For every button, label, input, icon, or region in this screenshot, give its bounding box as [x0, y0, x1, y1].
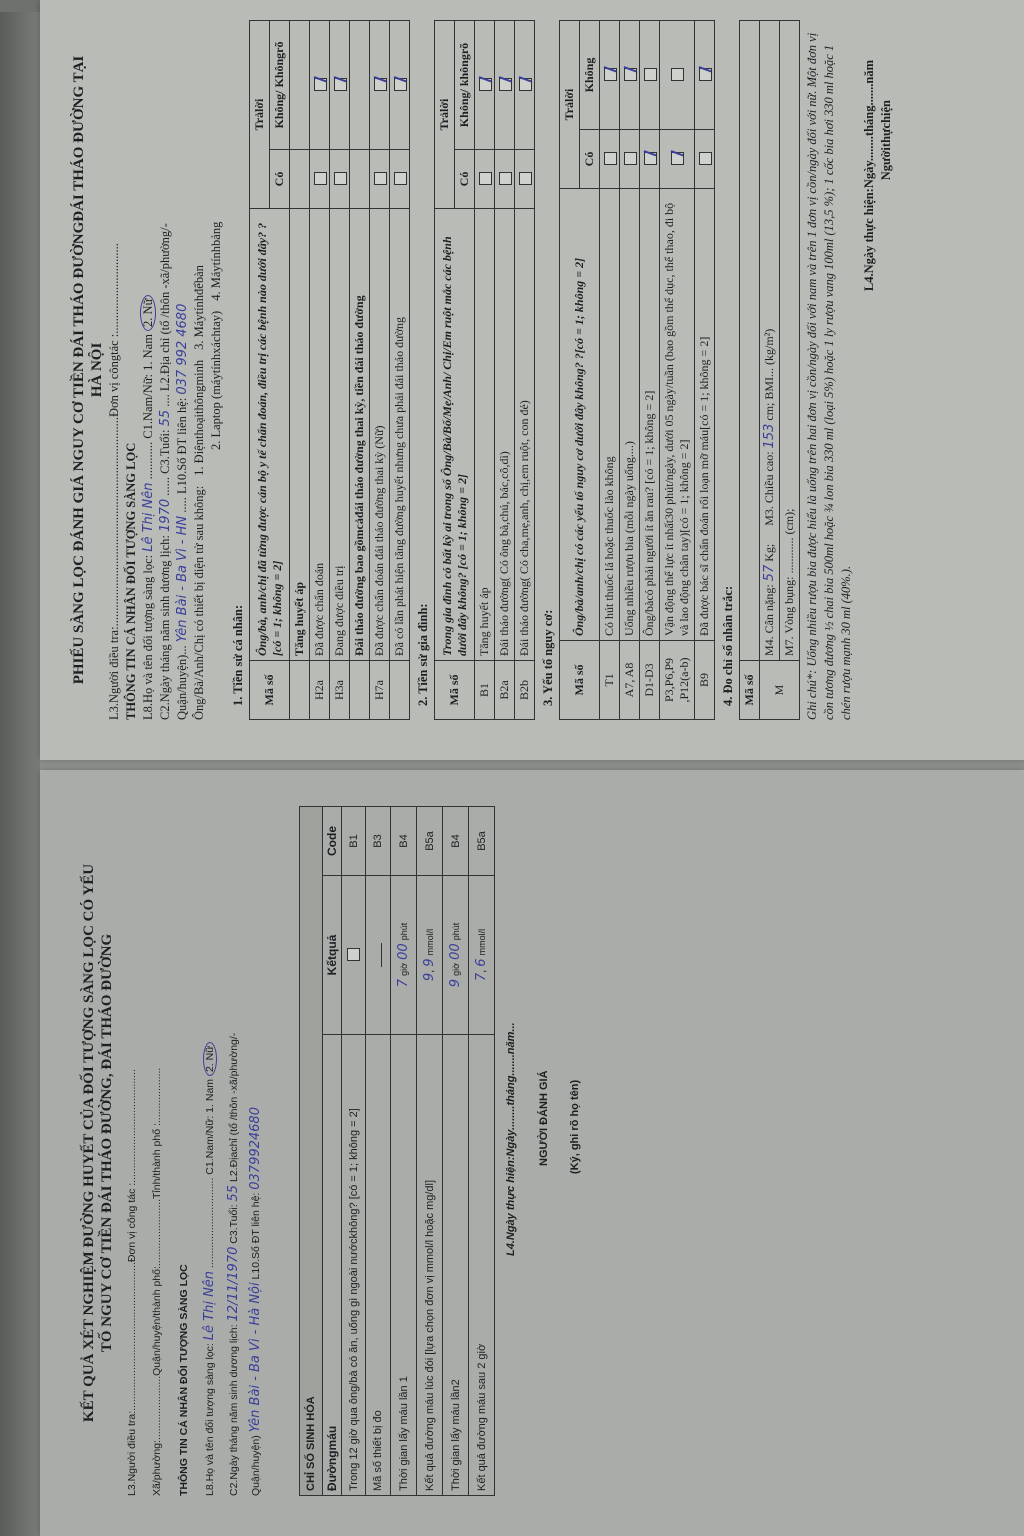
form1-c2-label: C2.Ngày tháng năm sinh dương lịch:	[158, 535, 172, 720]
personal-history-no-cell	[370, 21, 390, 150]
biochem-result[interactable]	[366, 876, 391, 1035]
biochem-label: Thời gian lấy máu lần2	[443, 1035, 469, 1496]
family-history-row: B2bĐái tháo đường( Có cha,mẹ,anh, chị,em…	[515, 21, 535, 720]
biochem-label: Thời gian lấy máu lần 1	[391, 1035, 417, 1496]
yes-checkbox[interactable]	[604, 153, 617, 166]
family-history-code: B2a	[495, 661, 515, 720]
device-option-1[interactable]: 1. Điệnthoạithôngminh	[191, 360, 208, 476]
m7-label[interactable]: M7. Vòng bụng: ............ (cm);	[780, 21, 800, 661]
glucose-result-form-sheet: KẾT QUẢ XÉT NGHIỆM ĐƯỜNG HUYẾT CỦA ĐỐI T…	[40, 770, 1024, 1536]
yes-checkbox[interactable]	[644, 153, 657, 166]
family-history-label: Đái tháo đường( Có ông bà,chú, bác,cô,dì…	[495, 209, 515, 661]
form2-section-info: THÔNG TIN CÁ NHÂN ĐỐI TƯỢNG SÀNG LỌC	[176, 790, 193, 1496]
personal-history-row: H7aĐã được chẩn đoán đái tháo đường thai…	[370, 21, 390, 720]
risk-factor-no-cell	[600, 21, 620, 130]
device-option-4[interactable]: 4. Máytínhbảng	[208, 222, 225, 301]
form2-c1-value[interactable]: 2. Nữ	[203, 1042, 217, 1076]
risk-factor-row: P3,P6,P9 ,P12(a-b)Vận động thể lực ít nh…	[660, 21, 695, 720]
fasting-checkbox[interactable]	[347, 949, 360, 962]
personal-history-yes-cell	[290, 150, 310, 209]
s3-answer-header: Trảlời	[560, 21, 580, 189]
m3-label: M3. Chiều cao:	[762, 451, 776, 525]
no-checkbox[interactable]	[644, 69, 657, 82]
personal-history-table: Mã số Ông/bà, anh/chị đã từng được cán b…	[249, 20, 410, 720]
family-history-yes-cell	[475, 150, 495, 209]
biochem-row: Thời gian lấy máu lần29 giờ 00 phútB4	[443, 807, 469, 1496]
biochem-code: B3	[366, 807, 391, 876]
risk-factor-label: Đã được bác sĩ chẩn đoán rối loạn mỡ máu…	[695, 189, 715, 641]
device-option-2[interactable]: 2. Laptop (máytínhxáchtay)	[208, 311, 225, 450]
personal-history-code: H2a	[310, 661, 330, 720]
form1-l2-label: L2.Địa chỉ (tổ /thôn -xã/phường/-	[158, 223, 172, 391]
m4-unit: Kg;	[762, 544, 776, 562]
family-history-table: Mã số Trong gia đình có bất kỳ ai trong …	[434, 20, 535, 720]
form2-c3-label: C3.Tuổi:	[228, 1204, 240, 1243]
s1-title: 1. Tiền sử cá nhân:	[231, 20, 246, 706]
risk-factor-label: Có hút thuốc lá hoặc thuốc lào không	[600, 189, 620, 641]
s2-answer-header: Trảlời	[435, 21, 455, 209]
biochem-result[interactable]	[342, 876, 366, 1035]
no-checkbox[interactable]	[314, 79, 327, 92]
form1-c3-value[interactable]: 55	[158, 410, 173, 427]
yes-checkbox[interactable]	[624, 153, 637, 166]
form1-section-info: THÔNG TIN CÁ NHÂN ĐỐI TƯỢNG SÀNG LỌC	[123, 20, 140, 720]
family-history-no-cell	[475, 21, 495, 150]
anthropometric-table: Mã số M M4. Cân nặng: 57 Kg; M3. Chiều c…	[739, 20, 800, 720]
s1-code-header: Mã số	[250, 661, 290, 720]
form1-l10-label: L10.Số ĐT liên hệ:	[175, 398, 189, 494]
family-history-label: Tăng huyết áp	[475, 209, 495, 661]
risk-factor-yes-cell	[640, 130, 660, 189]
m3-unit: cm;	[762, 403, 776, 421]
background-surface	[0, 0, 40, 1536]
form2-l2-label: L2.Địachỉ (tổ /thôn -xã/phường/-	[228, 1033, 240, 1182]
personal-history-row: Đái tháo đường bao gồmcảđái tháo đường t…	[350, 21, 370, 720]
s4-code-header: Mã số	[740, 661, 760, 720]
personal-history-label: Đã được chẩn đoán đái tháo đường thai kỳ…	[370, 209, 390, 661]
biochem-row: Trong 12 giờ qua ông/bà có ăn, uống gì n…	[342, 807, 366, 1496]
personal-history-yes-cell	[350, 150, 370, 209]
no-checkbox[interactable]	[499, 79, 512, 92]
risk-factor-label: Uống nhiều rượu bia (mỗi ngày uống....)	[620, 189, 640, 641]
biochem-row: Thời gian lấy máu lần 17 giờ 00 phútB4	[391, 807, 417, 1496]
biochem-label: Trong 12 giờ qua ông/bà có ăn, uống gì n…	[342, 1035, 366, 1496]
yes-checkbox[interactable]	[374, 173, 387, 186]
biochem-label: Kết quả đường máu sau 2 giờ	[469, 1035, 495, 1496]
no-checkbox[interactable]	[334, 79, 347, 92]
biochem-code: B5a	[417, 807, 443, 876]
risk-factor-table: Mã số Ông/bà/anh/chị có các yếu tố nguy …	[559, 20, 715, 720]
form2-signer-note: (Ký, ghi rõ họ tên)	[567, 790, 584, 1496]
s3-question-header: Ông/bà/anh/chị có các yếu tố nguy cơ dướ…	[560, 189, 600, 641]
s2-no-header: Không/ khôngrõ	[455, 21, 475, 150]
personal-history-yes-cell	[310, 150, 330, 209]
form1-signer: Ngườithựchiện	[878, 20, 895, 720]
risk-factor-yes-cell	[600, 130, 620, 189]
form2-title-line1: KẾT QUẢ XÉT NGHIỆM ĐƯỜNG HUYẾT CỦA ĐỐI T…	[80, 790, 98, 1496]
family-history-no-cell	[515, 21, 535, 150]
family-history-no-cell	[495, 21, 515, 150]
form2-c2-value[interactable]: 12/11/1970	[226, 1247, 241, 1322]
risk-factor-no-cell	[660, 21, 695, 130]
biochem-result[interactable]: 7, 6 mmol/l	[469, 876, 495, 1035]
risk-factor-no-cell	[640, 21, 660, 130]
s1-question-header: Ông/bà, anh/chị đã từng được cán bộ y tế…	[250, 209, 290, 661]
form1-device-question: Ông/Bà/Anh/Chị có thiết bị điện tử sau k…	[191, 486, 208, 720]
form2-l8-value[interactable]: Lê Thị Nên	[202, 1271, 217, 1340]
risk-factor-row: A7, A8Uống nhiều rượu bia (mỗi ngày uống…	[620, 21, 640, 720]
family-history-code: B2b	[515, 661, 535, 720]
form2-date-line[interactable]: L4.Ngày thực hiện:Ngày........tháng.....…	[503, 790, 520, 1496]
s1-yes-header: Có	[270, 150, 290, 209]
personal-history-code	[390, 661, 410, 720]
form1-l8-value[interactable]: Lê Thị Nên	[141, 483, 156, 552]
form2-c3-value[interactable]: 55	[226, 1185, 241, 1202]
form2-ward: Xã/phường:......................Quận/huy…	[149, 790, 166, 1496]
form1-title-line1: PHIẾU SÀNG LỌC ĐÁNH GIÁ NGUY CƠ TIỀN ĐÁI…	[70, 20, 88, 720]
no-checkbox[interactable]	[374, 79, 387, 92]
risk-factor-code: A7, A8	[620, 641, 640, 720]
form2-l10-value[interactable]: 0379924680	[248, 1107, 263, 1190]
biochem-code-header: Code	[323, 807, 342, 876]
form2-l10-label: L10.Số ĐT liên hệ:	[250, 1193, 262, 1280]
family-history-code: B1	[475, 661, 495, 720]
no-checkbox[interactable]	[604, 69, 617, 82]
no-checkbox[interactable]	[671, 69, 684, 82]
s2-code-header: Mã số	[435, 661, 475, 720]
risk-factor-yes-cell	[620, 130, 640, 189]
s3-code-header: Mã số	[560, 641, 600, 720]
form1-district-label: Quận/huyện)...	[175, 645, 189, 720]
s2-title: 2. Tiền sử gia đình:	[416, 20, 431, 706]
biochem-code: B4	[443, 807, 469, 876]
form1-title: PHIẾU SÀNG LỌC ĐÁNH GIÁ NGUY CƠ TIỀN ĐÁI…	[70, 20, 106, 720]
s4-code: M	[760, 661, 800, 720]
yes-checkbox[interactable]	[671, 153, 684, 166]
risk-factor-no-cell	[620, 21, 640, 130]
s4-title: 4. Đo chỉ số nhân trắc:	[721, 20, 736, 706]
biochemistry-table: CHỈ SỐ SINH HÓA Đườngmáu Kếtquả Code Tro…	[299, 806, 495, 1496]
risk-factor-code: B9	[695, 641, 715, 720]
biochem-code: B4	[391, 807, 417, 876]
biochem-result-header: Kếtquả	[323, 876, 342, 1035]
bmi-label[interactable]: BMI... (kg/m²)	[762, 329, 776, 400]
biochem-result[interactable]: 9 giờ 00 phút	[443, 876, 469, 1035]
personal-history-row: Tăng huyết áp	[290, 21, 310, 720]
form2-l8-label: L8.Họ và tên đối tượng sàng lọc:	[204, 1343, 216, 1496]
form1-title-line2: HÀ NỘI	[88, 20, 106, 720]
family-history-yes-cell	[495, 150, 515, 209]
risk-factor-row: B9Đã được bác sĩ chẩn đoán rối loạn mỡ m…	[695, 21, 715, 720]
risk-factor-code: P3,P6,P9 ,P12(a-b)	[660, 641, 695, 720]
s3-yes-header: Có	[580, 130, 600, 189]
form1-l10-value[interactable]: 037 992 4680	[175, 304, 190, 395]
form1-date-line[interactable]: L4.Ngày thực hiện:Ngày........tháng.....…	[861, 20, 878, 720]
yes-checkbox[interactable]	[394, 173, 407, 186]
personal-history-label: Đã được chẩn đoán	[310, 209, 330, 661]
personal-history-no-cell	[290, 21, 310, 150]
risk-factor-code: T1	[600, 641, 620, 720]
personal-history-label: Đái tháo đường bao gồmcảđái tháo đường t…	[350, 209, 370, 661]
family-history-row: B2aĐái tháo đường( Có ông bà,chú, bác,cô…	[495, 21, 515, 720]
biochem-code: B1	[342, 807, 366, 876]
personal-history-code: H7a	[370, 661, 390, 720]
biochem-section: CHỈ SỐ SINH HÓA	[300, 807, 323, 1496]
no-checkbox[interactable]	[624, 69, 637, 82]
s3-no-header: Không	[580, 21, 600, 130]
personal-history-yes-cell	[370, 150, 390, 209]
m4-value[interactable]: 57	[762, 565, 777, 582]
s2-yes-header: Có	[455, 150, 475, 209]
biochem-label: Kết quả đường máu lúc đói [lựa chọn đơn …	[417, 1035, 443, 1496]
form2-title: KẾT QUẢ XÉT NGHIỆM ĐƯỜNG HUYẾT CỦA ĐỐI T…	[80, 790, 116, 1496]
personal-history-label: Tăng huyết áp	[290, 209, 310, 661]
risk-factor-row: T1Có hút thuốc lá hoặc thuốc lào không	[600, 21, 620, 720]
personal-history-row: H2aĐã được chẩn đoán	[310, 21, 330, 720]
risk-factor-no-cell	[695, 21, 715, 130]
yes-checkbox[interactable]	[314, 173, 327, 186]
risk-factor-code: D1-D3	[640, 641, 660, 720]
biochem-item-header: Đườngmáu	[323, 1035, 342, 1496]
family-history-label: Đái tháo đường( Có cha,mẹ,anh, chị,em ru…	[515, 209, 535, 661]
family-history-yes-cell	[515, 150, 535, 209]
form1-c1-label: C1.Nam/Nữ: 1. Nam	[141, 334, 155, 439]
m4-label: M4. Cân nặng:	[762, 584, 776, 656]
personal-history-label: Đang được điều trị	[330, 209, 350, 661]
personal-history-no-cell	[310, 21, 330, 150]
s1-answer-header: Trảlời	[250, 21, 270, 209]
risk-factor-label: Vận động thể lực ít nhất30 phút/ngày, dư…	[660, 189, 695, 641]
form2-district-label: Quận/huyện)	[250, 1435, 262, 1496]
device-option-3[interactable]: 3. Máytínhđểbàn	[191, 265, 208, 350]
m3-value[interactable]: 153	[762, 424, 777, 449]
personal-history-code: H3a	[330, 661, 350, 720]
s3-title: 3. Yếu tố nguy cơ:	[541, 20, 556, 706]
form1-l8-label: L8.Họ và tên đối tượng sàng lọc:	[141, 555, 155, 720]
form1-c1-value[interactable]: 2. Nữ	[140, 295, 156, 331]
biochem-row: Mã số thiết bị đoB3	[366, 807, 391, 1496]
no-checkbox[interactable]	[479, 79, 492, 92]
no-checkbox[interactable]	[394, 79, 407, 92]
personal-history-no-cell	[390, 21, 410, 150]
no-checkbox[interactable]	[519, 79, 532, 92]
personal-history-code	[290, 661, 310, 720]
yes-checkbox[interactable]	[479, 173, 492, 186]
yes-checkbox[interactable]	[334, 173, 347, 186]
personal-history-label: Đã có lần phát hiện tăng đường huyết như…	[390, 209, 410, 661]
biochem-code: B5a	[469, 807, 495, 876]
form1-c3-label: C3.Tuổi:	[158, 430, 172, 474]
s2-question-header: Trong gia đình có bất kỳ ai trong số Ông…	[435, 209, 475, 661]
screening-form-sheet: PHIẾU SÀNG LỌC ĐÁNH GIÁ NGUY CƠ TIỀN ĐÁI…	[40, 0, 1024, 760]
personal-history-row: Đã có lần phát hiện tăng đường huyết như…	[390, 21, 410, 720]
risk-factor-yes-cell	[695, 130, 715, 189]
biochem-result[interactable]: 7 giờ 00 phút	[391, 876, 417, 1035]
form1-district-value[interactable]: Yên Bài - Ba Vì - HN	[175, 516, 190, 642]
biochem-row: Kết quả đường máu sau 2 giờ7, 6 mmol/lB5…	[469, 807, 495, 1496]
personal-history-no-cell	[350, 21, 370, 150]
family-history-row: B1Tăng huyết áp	[475, 21, 495, 720]
form2-signer: NGƯỜI ĐÁNH GIÁ	[536, 790, 553, 1496]
risk-factor-yes-cell	[660, 130, 695, 189]
biochem-result[interactable]: 9, 9 mmol/l	[417, 876, 443, 1035]
yes-checkbox[interactable]	[519, 173, 532, 186]
form1-note: Ghi chú*: Uống nhiều rượu bia được hiểu …	[804, 20, 855, 720]
biochem-row: Kết quả đường máu lúc đói [lựa chọn đơn …	[417, 807, 443, 1496]
form2-c1-label: C1.Nam/Nữ: 1. Nam	[204, 1079, 216, 1175]
form2-l3: L3.Người điều tra:......................…	[124, 790, 141, 1496]
form2-c2-label: C2.Ngày tháng năm sinh dương lịch:	[228, 1324, 240, 1496]
biochem-label: Mã số thiết bị đo	[366, 1035, 391, 1496]
yes-checkbox[interactable]	[499, 173, 512, 186]
personal-history-yes-cell	[390, 150, 410, 209]
risk-factor-row: D1-D3Ông/bàcó phải người ít ăn rau? [có …	[640, 21, 660, 720]
personal-history-code	[350, 661, 370, 720]
personal-history-no-cell	[330, 21, 350, 150]
personal-history-yes-cell	[330, 150, 350, 209]
risk-factor-label: Ông/bàcó phải người ít ăn rau? [có = 1; …	[640, 189, 660, 641]
form1-c2-value[interactable]: 1970	[158, 499, 173, 532]
personal-history-row: H3aĐang được điều trị	[330, 21, 350, 720]
s1-no-header: Không/ Khôngrõ	[270, 21, 290, 150]
form2-title-line2: TỐ NGUY CƠ TIỀN ĐÁI THÁO ĐƯỜNG, ĐÁI THÁO…	[98, 790, 116, 1496]
no-checkbox[interactable]	[699, 69, 712, 82]
yes-checkbox[interactable]	[699, 153, 712, 166]
form2-district-value[interactable]: Yên Bài - Ba Vì - Hà Nội	[248, 1282, 263, 1432]
form1-l3: L3.Người điều tra:......................…	[106, 20, 123, 720]
